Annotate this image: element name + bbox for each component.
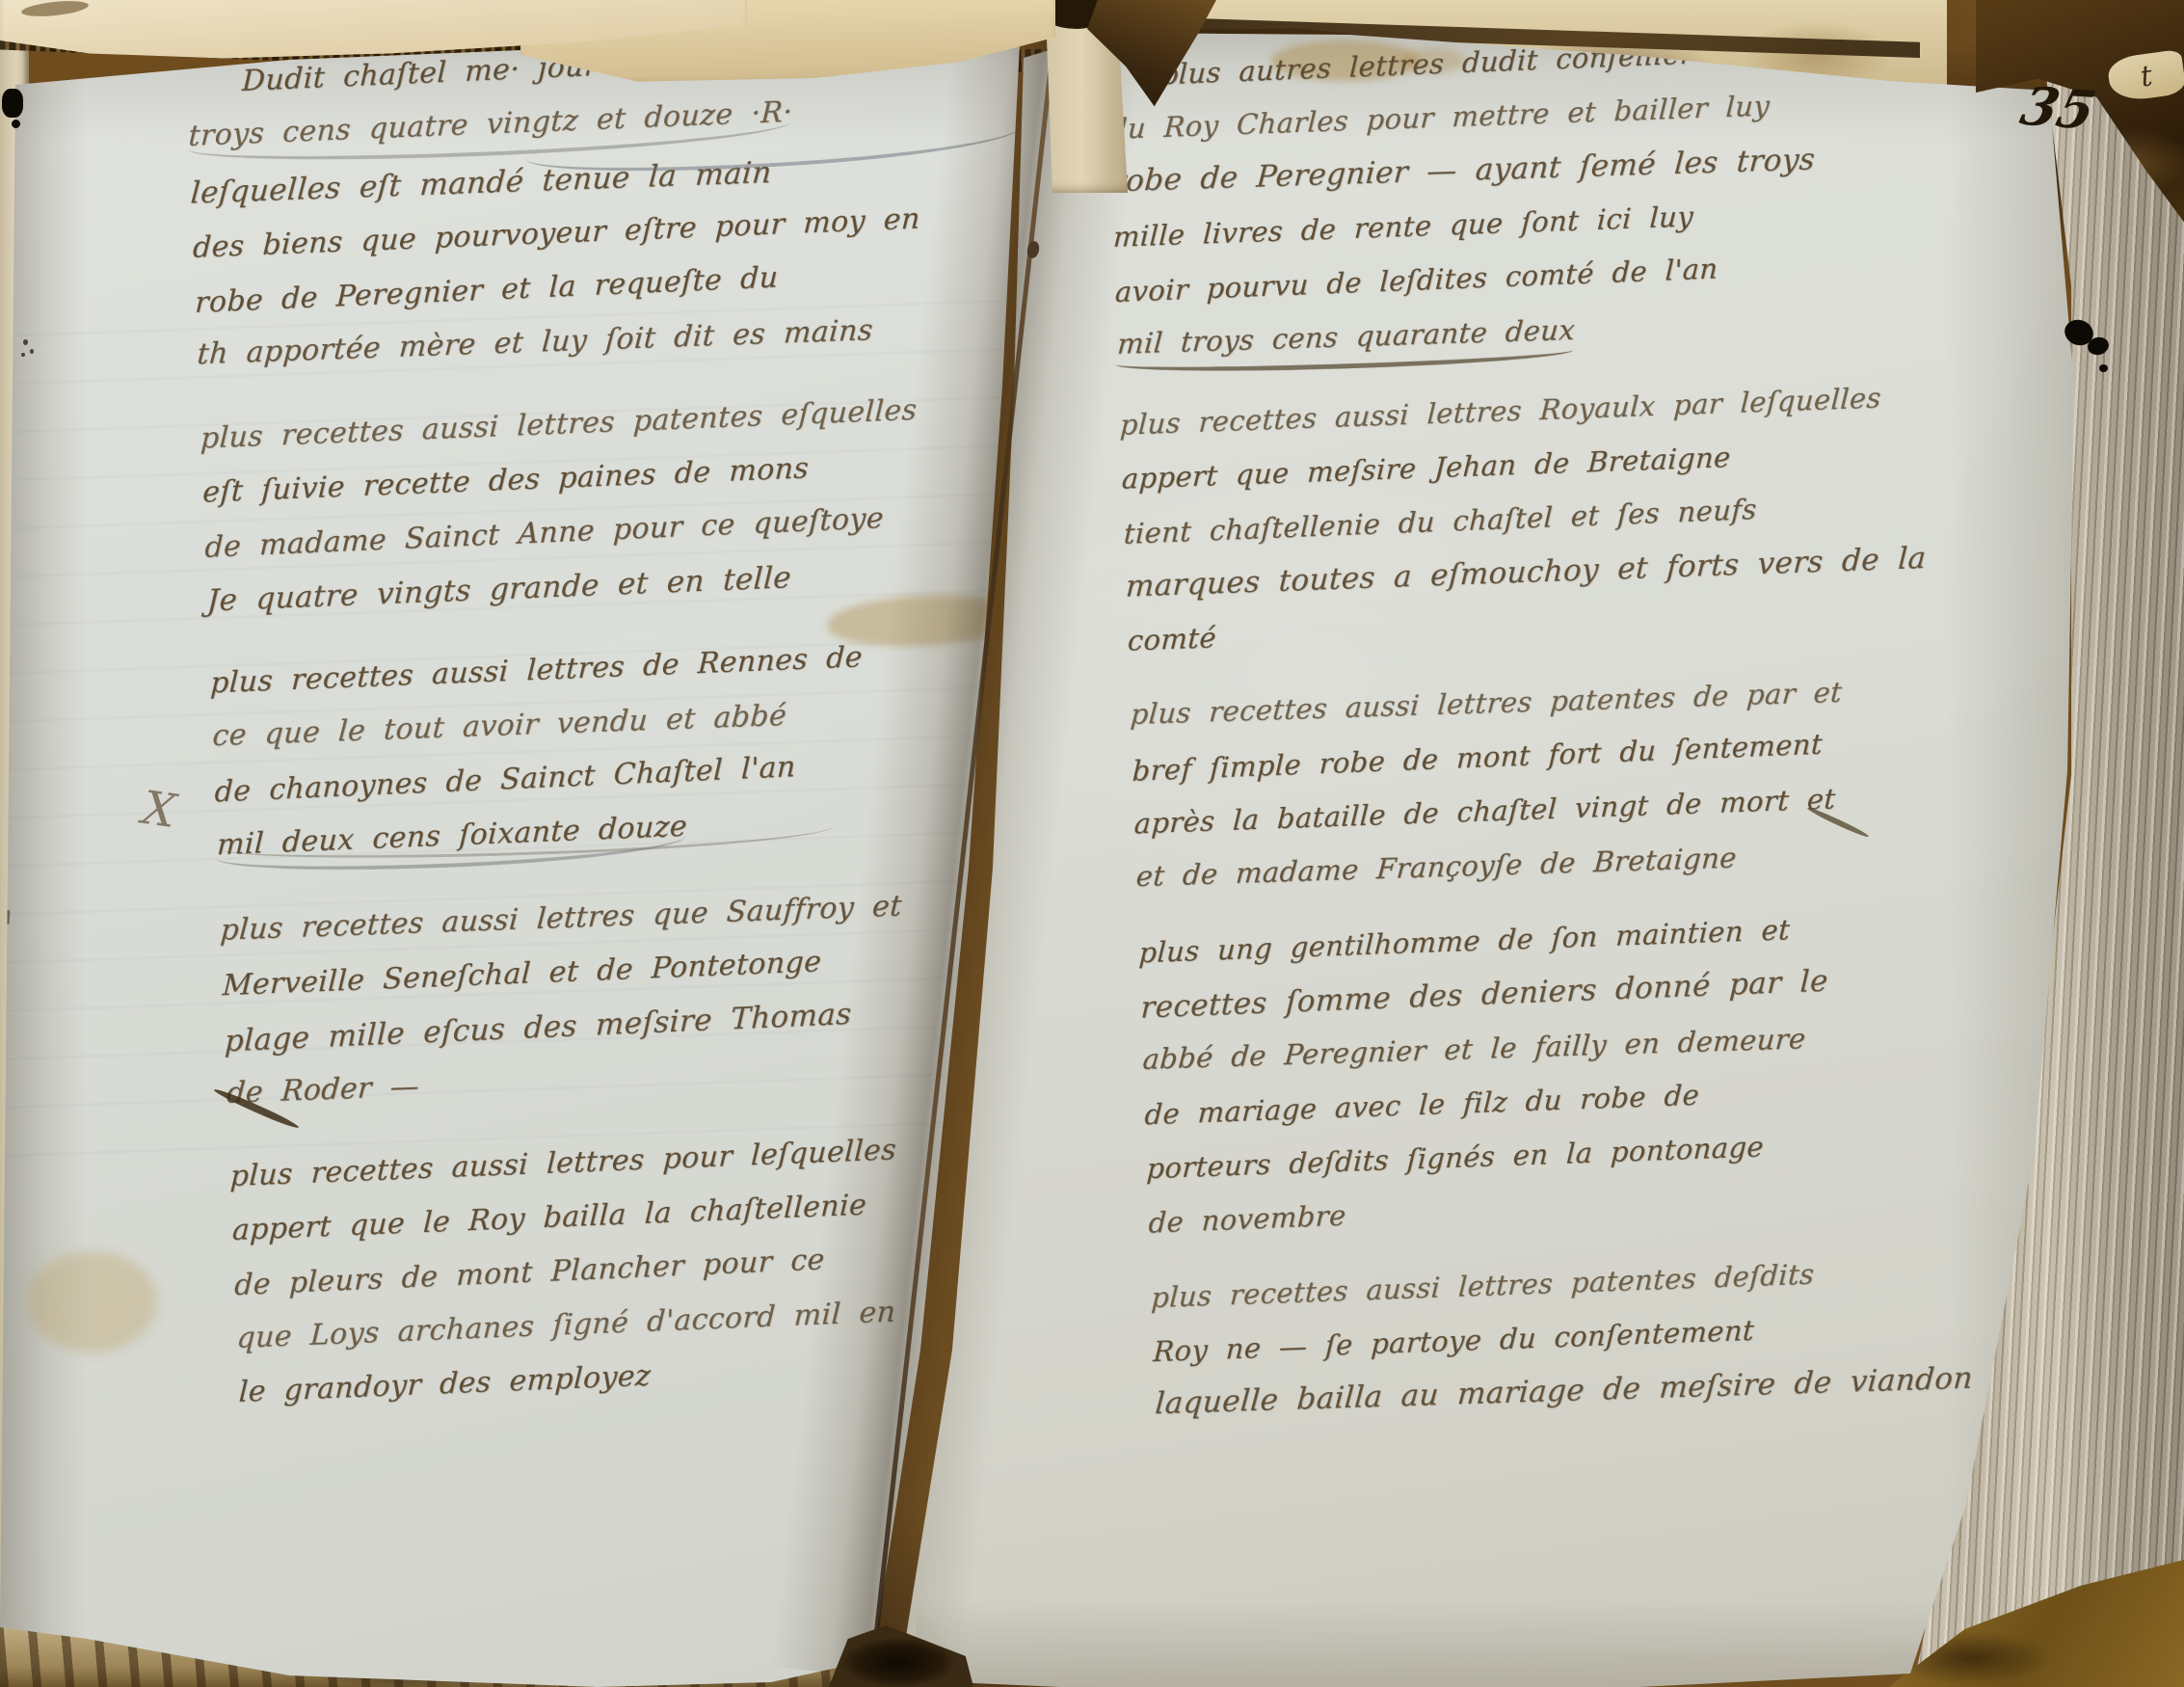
page-bottom-shadow <box>916 1600 1976 1687</box>
ink-blot <box>2 89 23 118</box>
fore-edge-pen-mark: t <box>2139 59 2155 94</box>
ink-blot <box>2099 364 2108 372</box>
manuscript-text-line: de novembre <box>1147 1188 1346 1249</box>
right-page-text: plus autres lettres dudit conſeiller tro… <box>1106 19 1974 1433</box>
ink-speck <box>23 339 28 345</box>
ink-speck <box>30 349 34 354</box>
folio-number: 35 <box>2015 74 2102 141</box>
open-manuscript-book-photo: Dudit chaſtel me· jour de ſeptembre l'an… <box>0 0 2184 1687</box>
stain <box>27 1251 157 1352</box>
ink-speck <box>21 353 25 357</box>
ink-blot <box>12 120 20 128</box>
manuscript-text-line: comté <box>1127 610 1218 667</box>
